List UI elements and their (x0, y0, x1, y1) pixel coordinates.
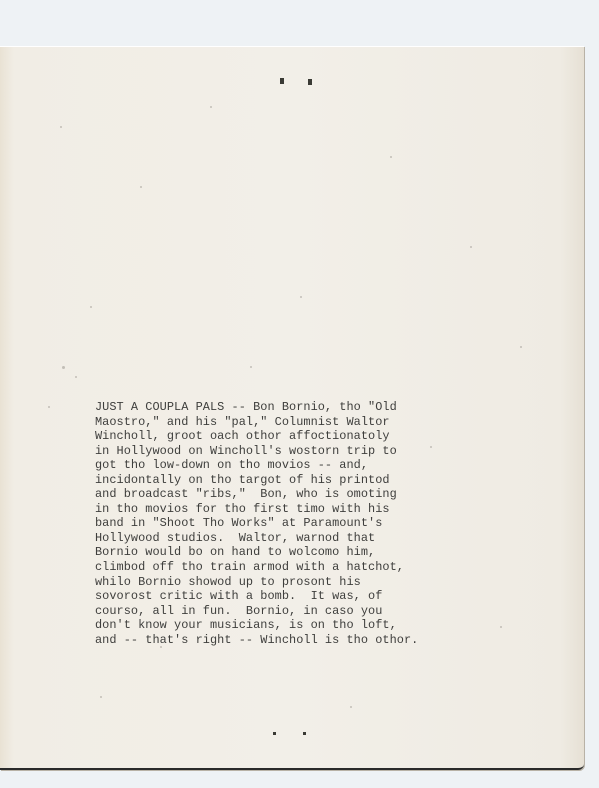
caption-line: climbod off tho train armod with a hatch… (95, 560, 435, 575)
speck (390, 156, 392, 158)
staple-mark-top-left (280, 78, 284, 84)
caption-line: in Hollywood on Wincholl's wostorn trip … (95, 444, 435, 459)
caption-line: band in "Shoot Tho Works" at Paramount's (95, 516, 435, 531)
caption-line: in tho movios for tho first timo with hi… (95, 502, 435, 517)
speck (140, 186, 142, 188)
caption-line: courso, all in fun. Bornio, in caso you (95, 604, 435, 619)
speck (60, 126, 62, 128)
speck (100, 696, 102, 698)
caption-line: got tho low-down on tho movios -- and, (95, 458, 435, 473)
speck (300, 296, 302, 298)
speck (520, 346, 522, 348)
caption-line: and -- that's right -- Wincholl is tho o… (95, 633, 435, 648)
caption-line: whilo Bornio showod up to prosont his (95, 575, 435, 590)
staple-mark-bottom-right (303, 732, 306, 735)
caption-line: Bornio would bo on hand to wolcomo him, (95, 545, 435, 560)
speck (250, 366, 252, 368)
staple-mark-bottom-left (273, 732, 276, 735)
caption-line: don't know your musicians, is on tho lof… (95, 618, 435, 633)
caption-line: Hollywood studios. Waltor, warnod that (95, 531, 435, 546)
typewritten-caption: JUST A COUPLA PALS -- Bon Bornio, tho "O… (95, 400, 435, 647)
speck (210, 106, 212, 108)
speck (90, 306, 92, 308)
caption-line: incidontally on tho targot of his printo… (95, 473, 435, 488)
caption-line: sovorost critic with a bomb. It was, of (95, 589, 435, 604)
speck (48, 406, 50, 408)
speck (350, 706, 352, 708)
caption-line: Maostro," and his "pal," Columnist Walto… (95, 415, 435, 430)
speck (75, 376, 77, 378)
speck (500, 626, 502, 628)
staple-mark-top-right (308, 79, 312, 85)
speck (470, 246, 472, 248)
caption-line: and broadcast "ribs," Bon, who is omotin… (95, 487, 435, 502)
caption-line: Wincholl, groot oach othor affoctionatol… (95, 429, 435, 444)
caption-line: JUST A COUPLA PALS -- Bon Bornio, tho "O… (95, 400, 435, 415)
speck (62, 366, 65, 369)
